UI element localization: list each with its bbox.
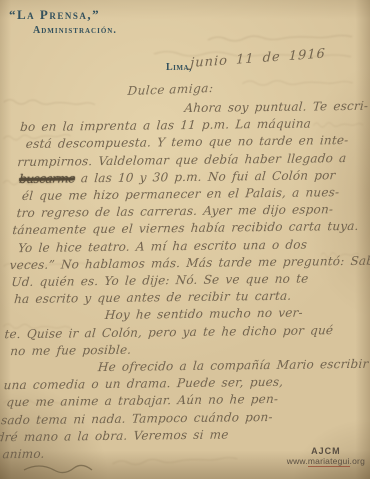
ink-bleedthrough <box>2 397 82 408</box>
letterhead-subtitle: Administración. <box>33 25 117 36</box>
letterhead-title: “La Prensa,” <box>9 7 100 23</box>
archive-abbreviation: AJCM <box>287 446 365 456</box>
ink-bleedthrough <box>2 259 87 270</box>
archive-url: www.mariategui.org <box>287 456 365 466</box>
scanned-letter: “La Prensa,” Administración. Lima, junio… <box>0 0 370 479</box>
salutation: Dulce amiga: <box>127 81 214 98</box>
ink-bleedthrough <box>2 177 62 188</box>
handwriting-line: Ahora soy puntual. Te escri- <box>181 98 362 117</box>
archive-url-name: mariategui <box>308 456 350 467</box>
archive-url-suffix: .org <box>350 456 365 466</box>
ink-bleedthrough <box>2 96 97 109</box>
ink-bleedthrough <box>240 78 355 88</box>
archive-url-prefix: www. <box>287 456 308 466</box>
archive-watermark: AJCM www.mariategui.org <box>287 446 365 466</box>
ink-bleedthrough <box>312 120 364 130</box>
handwriting-line: He ofrecido a la compañía Mario escribir <box>97 356 342 376</box>
dateline-printed-city: Lima, <box>166 62 192 73</box>
ink-bleedthrough <box>205 32 355 45</box>
signature-flourish <box>22 464 94 474</box>
ink-bleedthrough <box>320 250 360 260</box>
letter-body: Ahora soy puntual. Te escri-bo en la imp… <box>0 98 362 464</box>
